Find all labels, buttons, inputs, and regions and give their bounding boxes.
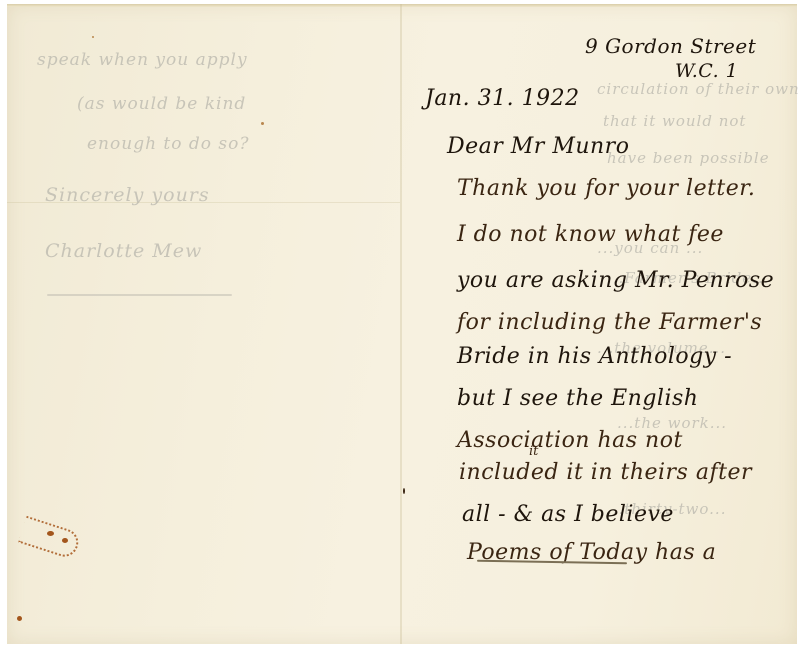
address-line-2: W.C. 1 bbox=[675, 60, 738, 82]
ghost-line: that it would not bbox=[603, 112, 746, 130]
body-line: but I see the English bbox=[457, 386, 698, 411]
ink-mark bbox=[403, 488, 405, 494]
salutation: Dear Mr Munro bbox=[447, 134, 629, 159]
rust-spot bbox=[17, 616, 22, 621]
body-line: Association has not bbox=[457, 428, 683, 453]
address-line-1: 9 Gordon Street bbox=[585, 34, 756, 58]
paper-top-edge bbox=[7, 4, 797, 7]
ghost-underline bbox=[47, 294, 232, 296]
rust-spot bbox=[47, 531, 54, 536]
center-fold bbox=[400, 4, 402, 644]
body-line: for including the Farmer's bbox=[457, 310, 762, 335]
letter-sheet: speak when you apply (as would be kind e… bbox=[7, 4, 797, 644]
ghost-signature: Charlotte Mew bbox=[45, 240, 202, 262]
ghost-line: (as would be kind bbox=[77, 94, 246, 114]
ghost-signoff: Sincerely yours bbox=[45, 184, 210, 206]
body-line: Thank you for your letter. bbox=[457, 176, 755, 201]
body-line: I do not know what fee bbox=[457, 222, 724, 247]
paper-speck bbox=[261, 122, 264, 125]
letter-date: Jan. 31. 1922 bbox=[425, 86, 580, 111]
body-line: you are asking Mr. Penrose bbox=[457, 268, 774, 293]
ghost-line: have been possible bbox=[607, 149, 770, 167]
body-line: included it in theirs after bbox=[459, 460, 752, 485]
ghost-line: enough to do so? bbox=[87, 134, 250, 154]
body-line: all - & as I believe bbox=[462, 502, 674, 527]
body-line: Bride in his Anthology - bbox=[457, 344, 732, 369]
inserted-word: it bbox=[529, 444, 538, 459]
paper-speck bbox=[92, 36, 94, 38]
ghost-line: speak when you apply bbox=[37, 50, 248, 70]
paperclip-rust-stain bbox=[18, 516, 82, 561]
ghost-line: circulation of their own bbox=[597, 80, 800, 98]
rust-spot bbox=[62, 538, 68, 543]
